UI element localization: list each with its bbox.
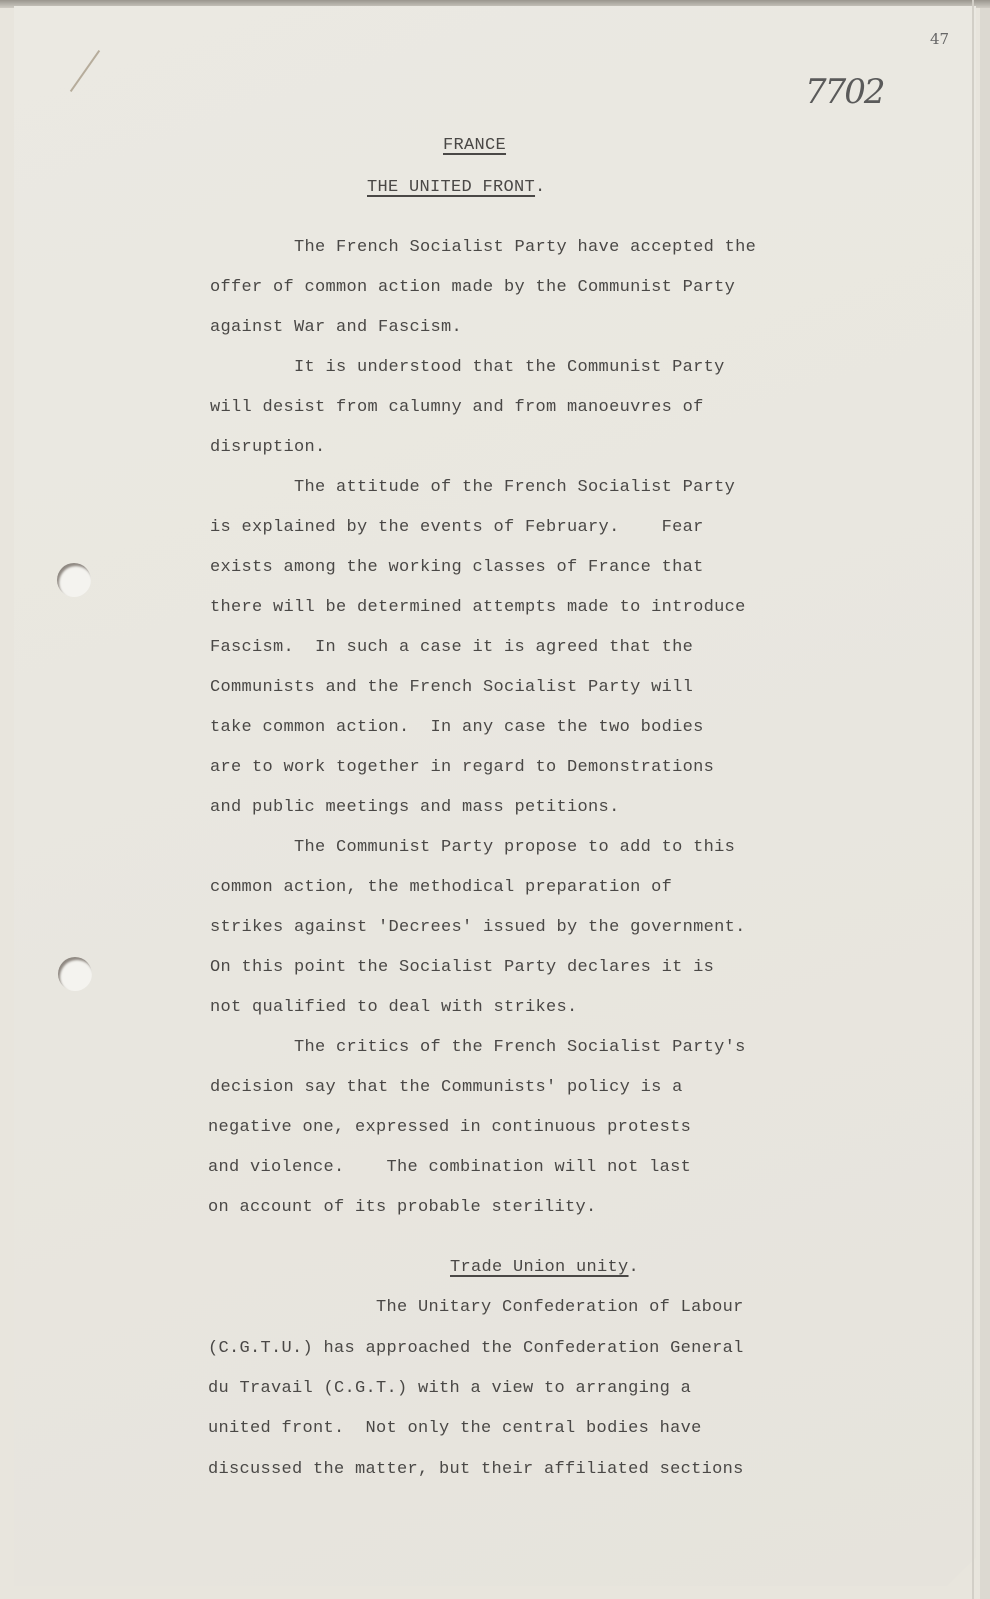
subtitle-text: THE UNITED FRONT — [367, 178, 535, 197]
page-right-edge — [972, 0, 974, 1599]
text-line: there will be determined attempts made t… — [210, 598, 746, 617]
text-line: On this point the Socialist Party declar… — [210, 958, 714, 977]
text-line: not qualified to deal with strikes. — [210, 998, 578, 1017]
text-line: and violence. The combination will not l… — [208, 1158, 691, 1177]
reference-number: 7702 — [805, 72, 884, 112]
text-line: united front. Not only the central bodie… — [208, 1419, 702, 1438]
text-line: common action, the methodical preparatio… — [210, 878, 672, 897]
section-heading-punct: . — [629, 1258, 640, 1277]
text-line: is explained by the events of February. … — [210, 518, 704, 537]
text-line: will desist from calumny and from manoeu… — [210, 398, 704, 417]
text-line: on account of its probable sterility. — [208, 1198, 597, 1217]
text-line: Communists and the French Socialist Part… — [210, 678, 693, 697]
text-line: decision say that the Communists' policy… — [210, 1078, 683, 1097]
text-line: and public meetings and mass petitions. — [210, 798, 620, 817]
punch-hole-icon — [58, 957, 92, 991]
text-line: against War and Fascism. — [210, 318, 462, 337]
text-line: The Communist Party propose to add to th… — [210, 838, 735, 857]
document-title: FRANCE — [443, 136, 506, 155]
text-line: strikes against 'Decrees' issued by the … — [210, 918, 746, 937]
text-line: The critics of the French Socialist Part… — [210, 1038, 746, 1057]
subtitle-punct: . — [535, 178, 546, 197]
text-line: The French Socialist Party have accepted… — [210, 238, 756, 257]
text-line: Fascism. In such a case it is agreed tha… — [210, 638, 693, 657]
text-line: exists among the working classes of Fran… — [210, 558, 704, 577]
text-line: It is understood that the Communist Part… — [210, 358, 725, 377]
text-line: The attitude of the French Socialist Par… — [210, 478, 735, 497]
text-line: du Travail (C.G.T.) with a view to arran… — [208, 1379, 691, 1398]
text-line: discussed the matter, but their affiliat… — [208, 1460, 744, 1479]
text-line: (C.G.T.U.) has approached the Confederat… — [208, 1339, 744, 1358]
section-heading: Trade Union unity. — [450, 1258, 639, 1277]
text-line: offer of common action made by the Commu… — [210, 278, 735, 297]
text-line: The Unitary Confederation of Labour — [208, 1298, 744, 1317]
text-line: are to work together in regard to Demons… — [210, 758, 714, 777]
section-heading-text: Trade Union unity — [450, 1258, 629, 1277]
text-line: negative one, expressed in continuous pr… — [208, 1118, 691, 1137]
text-line: disruption. — [210, 438, 326, 457]
punch-hole-icon — [57, 563, 91, 597]
text-line: take common action. In any case the two … — [210, 718, 704, 737]
document-subtitle: THE UNITED FRONT. — [367, 178, 546, 197]
folio-number: 47 — [930, 30, 949, 48]
